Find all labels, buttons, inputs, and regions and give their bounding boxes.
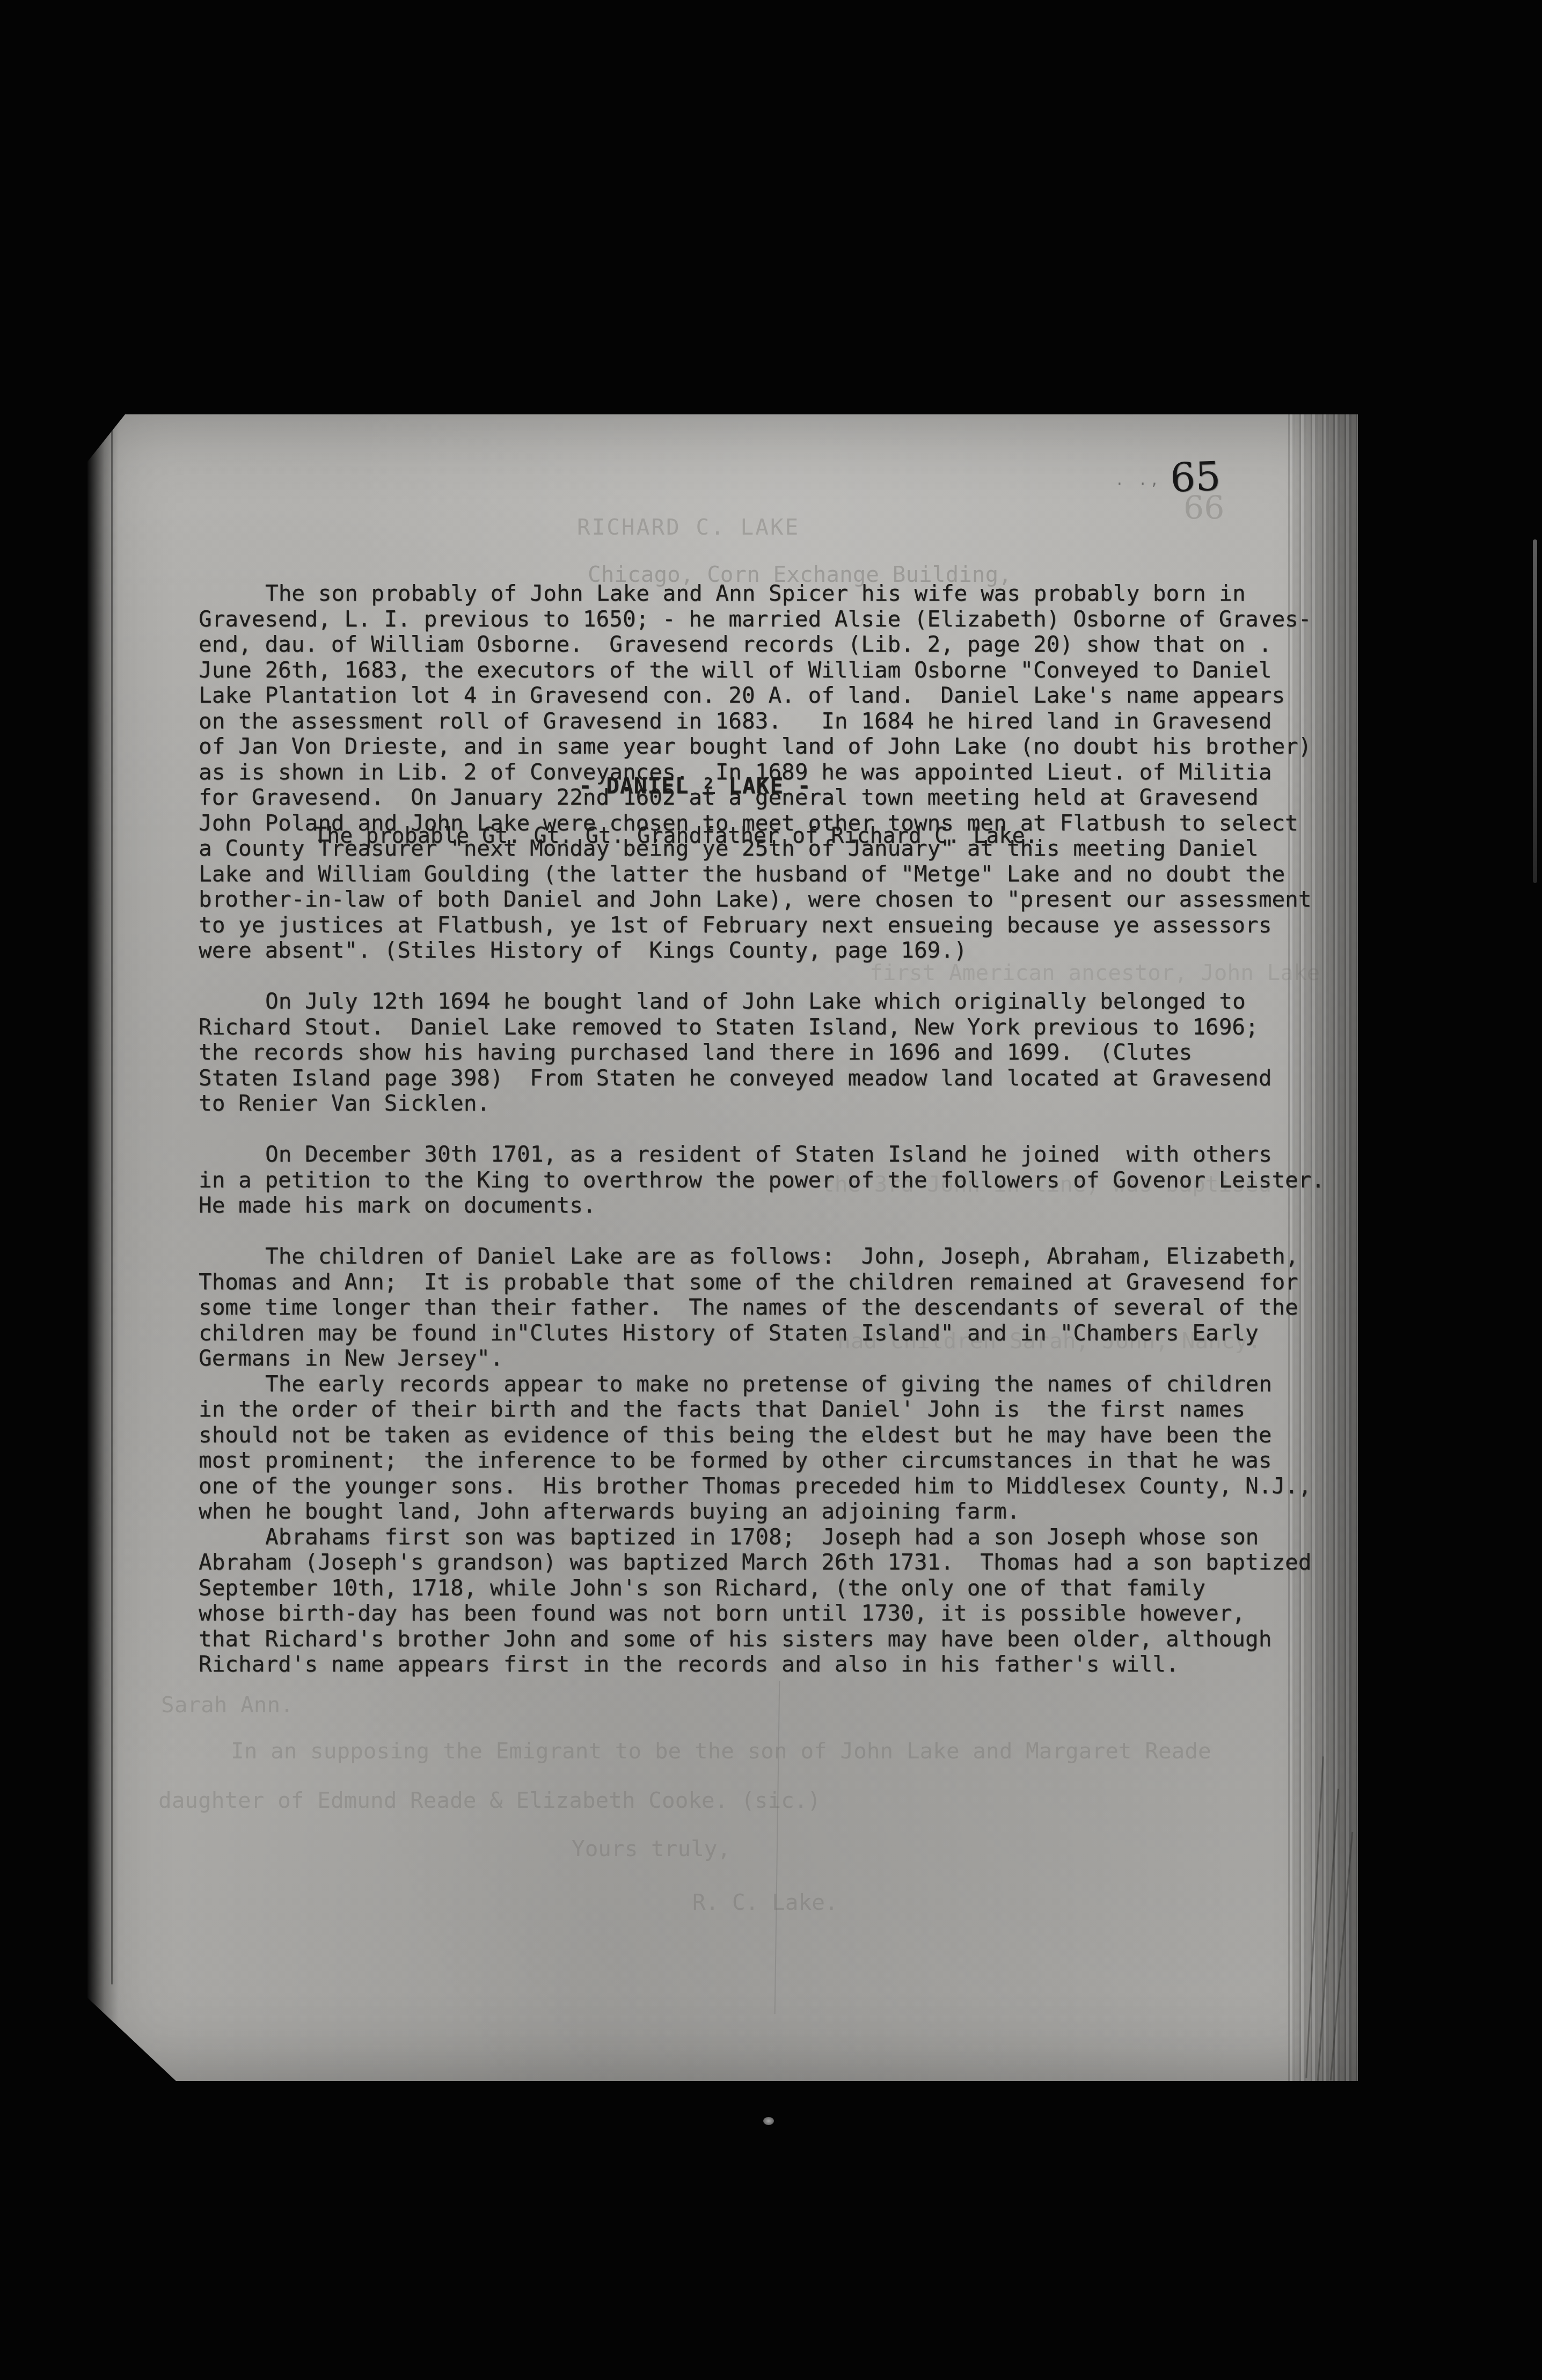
typed-text-line: in a petition to the King to overthrow t…	[199, 1167, 1325, 1193]
typed-text-line: as is shown in Lib. 2 of Conveyances. In…	[199, 760, 1325, 785]
typed-text-line: The son probably of John Lake and Ann Sp…	[199, 581, 1325, 607]
ghost-text-line: Yours truly,	[572, 1836, 730, 1861]
typed-text-line: whose birth-day has been found was not b…	[199, 1601, 1325, 1626]
typed-text-line: in the order of their birth and the fact…	[199, 1397, 1325, 1422]
corner-shadow-top-left	[87, 414, 125, 462]
corner-shadow-bottom-left	[87, 1998, 176, 2081]
typed-text-line: brother-in-law of both Daniel and John L…	[199, 887, 1325, 912]
film-edge-sliver	[1533, 539, 1537, 883]
typed-text-line: most prominent; the inference to be form…	[199, 1448, 1325, 1473]
ghost-text-line: daughter of Edmund Reade & Elizabeth Coo…	[158, 1787, 821, 1813]
typed-text-line: were absent". (Stiles History of Kings C…	[199, 938, 1325, 963]
typed-text-line: Thomas and Ann; It is probable that some…	[199, 1269, 1325, 1295]
blank-line	[199, 1218, 1325, 1244]
typed-text-line: when he bought land, John afterwards buy…	[199, 1499, 1325, 1524]
typed-text-line: some time longer than their father. The …	[199, 1295, 1325, 1320]
typed-text-line: Germans in New Jersey".	[199, 1346, 1325, 1371]
typed-text-line: The early records appear to make no pret…	[199, 1371, 1325, 1397]
blank-line	[199, 963, 1325, 989]
typed-text-line: a County Treasurer "next Monday being ye…	[199, 836, 1325, 862]
binding-line	[111, 428, 113, 1984]
stray-ink-marks: . .,	[1115, 472, 1162, 488]
typed-text-line: Abrahams first son was baptized in 1708;…	[199, 1524, 1325, 1550]
ghost-text-line: In an supposing the Emigrant to be the s…	[231, 1738, 1211, 1764]
typed-text-line: on the assessment roll of Gravesend in 1…	[199, 709, 1325, 734]
ghost-text-line: RICHARD C. LAKE	[577, 514, 800, 540]
typed-text-line: the records show his having purchased la…	[199, 1040, 1325, 1065]
typed-text-line: Abraham (Joseph's grandson) was baptized…	[199, 1550, 1325, 1575]
blank-line	[199, 1116, 1325, 1142]
typed-text-line: Richard's name appears first in the reco…	[199, 1652, 1325, 1677]
ghost-page-number: 66	[1183, 490, 1224, 527]
typed-text-line: to ye justices at Flatbush, ye 1st of Fe…	[199, 912, 1325, 938]
typed-text-line: Lake and William Goulding (the latter th…	[199, 862, 1325, 887]
binding-shadow	[87, 414, 119, 2081]
typed-text-line: On December 30th 1701, as a resident of …	[199, 1142, 1325, 1167]
typed-body-text: The son probably of John Lake and Ann Sp…	[199, 581, 1325, 1677]
typed-text-line: to Renier Van Sicklen.	[199, 1091, 1325, 1116]
typed-text-line: Lake Plantation lot 4 in Gravesend con. …	[199, 683, 1325, 709]
microfilm-photo: 65 66 . ., - DANIEL 2 LAKE - The probabl…	[0, 0, 1542, 2380]
film-speck	[763, 2117, 774, 2125]
typed-text-line: On July 12th 1694 he bought land of John…	[199, 989, 1325, 1014]
ghost-text-line: Sarah Ann.	[161, 1692, 294, 1718]
document-page: 65 66 . ., - DANIEL 2 LAKE - The probabl…	[87, 414, 1358, 2081]
typed-text-line: June 26th, 1683, the executors of the wi…	[199, 658, 1325, 683]
typed-text-line: for Gravesend. On January 22nd 1602 at a…	[199, 785, 1325, 811]
typed-text-line: that Richard's brother John and some of …	[199, 1626, 1325, 1652]
typed-text-line: Staten Island page 398) From Staten he c…	[199, 1065, 1325, 1091]
typed-text-line: Gravesend, L. I. previous to 1650; - he …	[199, 607, 1325, 632]
typed-text-line: The children of Daniel Lake are as follo…	[199, 1244, 1325, 1269]
typed-text-line: one of the younger sons. His brother Tho…	[199, 1473, 1325, 1499]
typed-text-line: He made his mark on documents.	[199, 1193, 1325, 1218]
typed-text-line: end, dau. of William Osborne. Gravesend …	[199, 632, 1325, 658]
typed-text-line: September 10th, 1718, while John's son R…	[199, 1575, 1325, 1601]
typed-text-line: children may be found in"Clutes History …	[199, 1320, 1325, 1346]
ghost-text-line: R. C. Lake.	[692, 1889, 838, 1915]
typed-text-line: should not be taken as evidence of this …	[199, 1422, 1325, 1448]
typed-text-line: Richard Stout. Daniel Lake removed to St…	[199, 1014, 1325, 1040]
page-crease	[774, 1681, 780, 2014]
typed-text-line: of Jan Von Drieste, and in same year bou…	[199, 734, 1325, 760]
typed-text-line: John Poland and John Lake were chosen to…	[199, 811, 1325, 836]
